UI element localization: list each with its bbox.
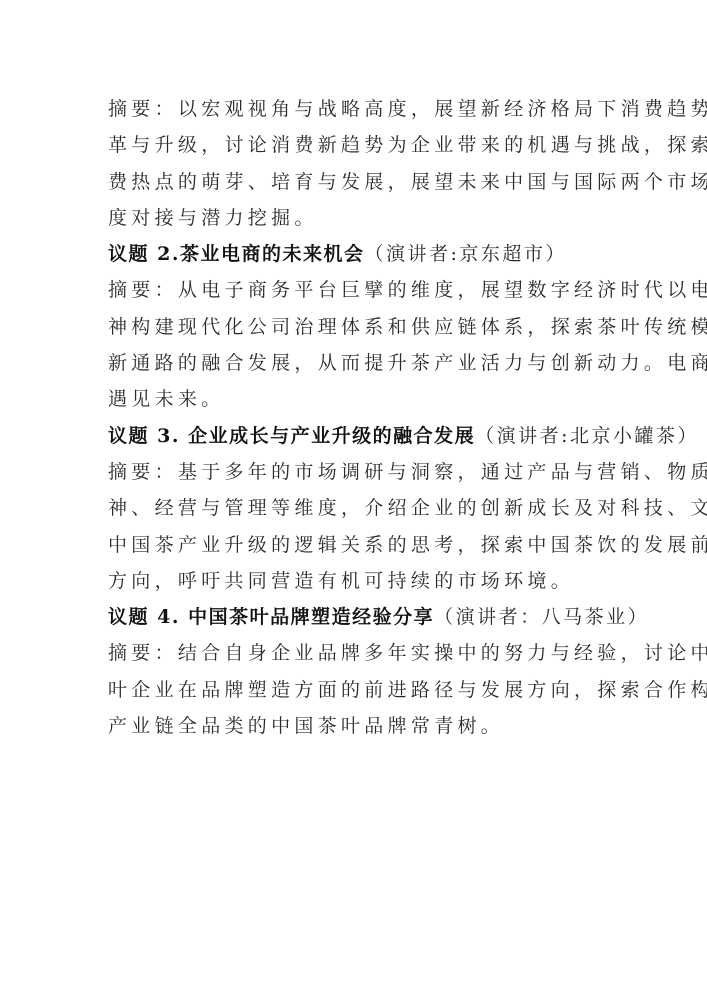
abstract-line: 叶企业在品牌塑造方面的前进路径与发展方向，探索合作构建全 bbox=[108, 672, 608, 708]
abstract-line: 度对接与潜力挖掘。 bbox=[108, 200, 608, 236]
topic-2: 议题 2.茶业电商的未来机会（演讲者:京东超市） 摘要：从电子商务平台巨擘的维度… bbox=[108, 236, 608, 417]
topic-title: 议题 3. 企业成长与产业升级的融合发展 bbox=[108, 425, 475, 447]
abstract-line: 新通路的融合发展，从而提升茶产业活力与创新动力。电商共创， bbox=[108, 345, 608, 381]
abstract-line: 中国茶产业升级的逻辑关系的思考，探索中国茶饮的发展前景与 bbox=[108, 527, 608, 563]
topic-speaker: （演讲者：八马茶业） bbox=[434, 606, 649, 628]
topic-title: 议题 2.茶业电商的未来机会 bbox=[108, 243, 364, 265]
abstract-line: 神构建现代化公司治理体系和供应链体系，探索茶叶传统模式与 bbox=[108, 309, 608, 345]
abstract-line: 革与升级，讨论消费新趋势为企业带来的机遇与挑战，探索新消 bbox=[108, 127, 608, 163]
topic-heading: 议题 2.茶业电商的未来机会（演讲者:京东超市） bbox=[108, 236, 608, 272]
topic-1-abstract: 摘要：以宏观视角与战略高度，展望新经济格局下消费趋势的变 革与升级，讨论消费新趋… bbox=[108, 91, 608, 236]
abstract-line: 神、经营与管理等维度，介绍企业的创新成长及对科技、文化与 bbox=[108, 490, 608, 526]
abstract-line: 产业链全品类的中国茶叶品牌常青树。 bbox=[108, 708, 608, 744]
abstract-line: 摘要：从电子商务平台巨擘的维度，展望数字经济时代以电商精 bbox=[108, 272, 608, 308]
abstract-line: 摘要：以宏观视角与战略高度，展望新经济格局下消费趋势的变 bbox=[108, 91, 608, 127]
topic-heading: 议题 3. 企业成长与产业升级的融合发展（演讲者:北京小罐茶） bbox=[108, 418, 608, 454]
topic-speaker: （演讲者:京东超市） bbox=[364, 243, 566, 265]
topic-title: 议题 4. 中国茶叶品牌塑造经验分享 bbox=[108, 606, 434, 628]
topic-heading: 议题 4. 中国茶叶品牌塑造经验分享（演讲者：八马茶业） bbox=[108, 599, 608, 635]
abstract-line: 遇见未来。 bbox=[108, 381, 608, 417]
topic-3: 议题 3. 企业成长与产业升级的融合发展（演讲者:北京小罐茶） 摘要：基于多年的… bbox=[108, 418, 608, 599]
abstract-line: 摘要：结合自身企业品牌多年实操中的努力与经验，讨论中国茶 bbox=[108, 635, 608, 671]
abstract-line: 方向，呼吁共同营造有机可持续的市场环境。 bbox=[108, 563, 608, 599]
topic-speaker: （演讲者:北京小罐茶） bbox=[475, 425, 699, 447]
abstract-line: 费热点的萌芽、培育与发展，展望未来中国与国际两个市场的深 bbox=[108, 164, 608, 200]
topic-4: 议题 4. 中国茶叶品牌塑造经验分享（演讲者：八马茶业） 摘要：结合自身企业品牌… bbox=[108, 599, 608, 744]
abstract-line: 摘要：基于多年的市场调研与洞察，通过产品与营销、物质与精 bbox=[108, 454, 608, 490]
document-page: 摘要：以宏观视角与战略高度，展望新经济格局下消费趋势的变 革与升级，讨论消费新趋… bbox=[108, 91, 608, 744]
